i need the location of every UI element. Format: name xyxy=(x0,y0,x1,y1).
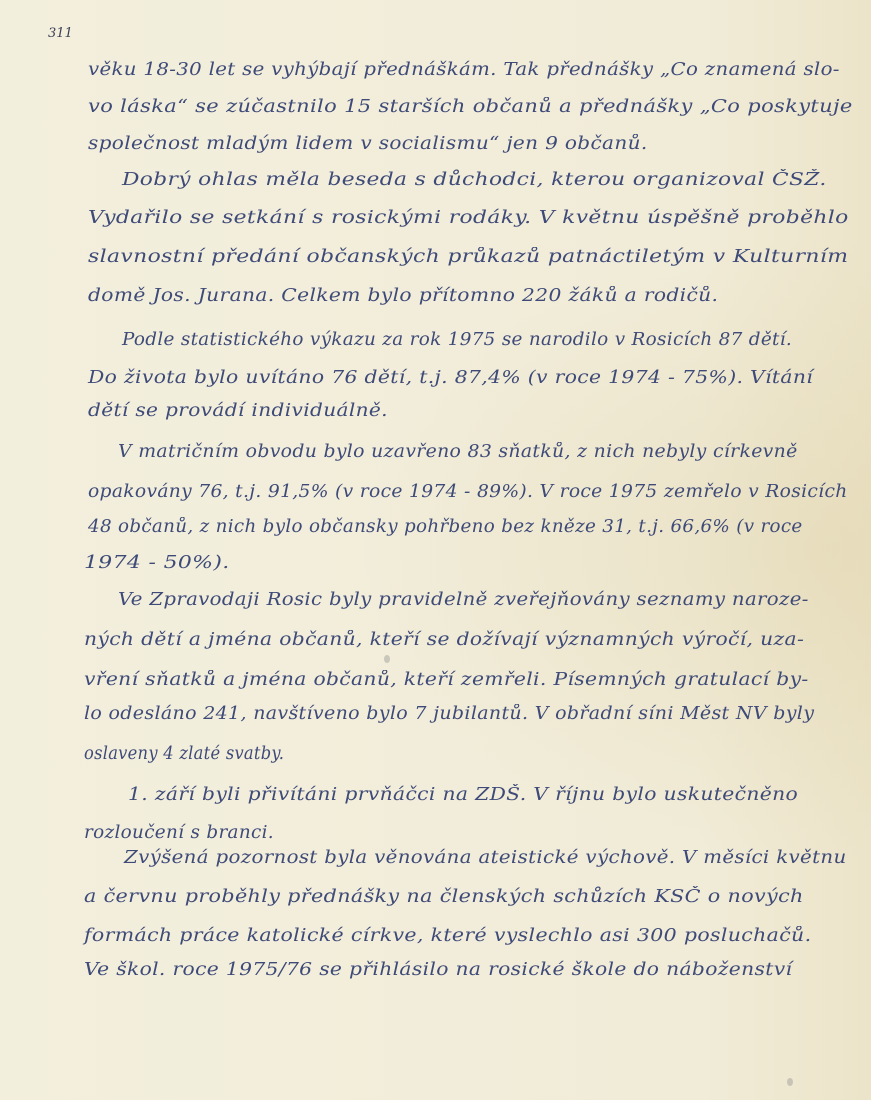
text-line: vo láska“ se zúčastnilo 15 starších obča… xyxy=(88,97,853,117)
text-line: rozloučení s branci. xyxy=(84,823,274,843)
text-line: věku 18-30 let se vyhýbají přednáškám. T… xyxy=(88,60,840,80)
text-line: V matričním obvodu bylo uzavřeno 83 sňat… xyxy=(118,442,798,462)
text-line: 48 občanů, z nich bylo občansky pohřbeno… xyxy=(88,517,803,537)
text-line: 1. září byli přivítáni prvňáčci na ZDŠ. … xyxy=(128,785,798,805)
text-line: opakovány 76, t.j. 91,5% (v roce 1974 - … xyxy=(88,482,848,502)
text-line: a červnu proběhly přednášky na členských… xyxy=(84,887,804,907)
text-line: Do života bylo uvítáno 76 dětí, t.j. 87,… xyxy=(88,368,813,388)
paper-spot xyxy=(787,1078,793,1086)
text-line: Vydařilo se setkání s rosickými rodáky. … xyxy=(88,208,849,228)
text-line: Ve Zpravodaji Rosic byly pravidelně zveř… xyxy=(118,590,809,610)
paper-spot xyxy=(384,655,390,663)
text-line: lo odesláno 241, navštíveno bylo 7 jubil… xyxy=(84,704,814,724)
text-line: Ve škol. roce 1975/76 se přihlásilo na r… xyxy=(84,960,792,980)
text-line: 1974 - 50%). xyxy=(84,553,230,573)
text-line: slavnostní předání občanských průkazů pa… xyxy=(88,247,848,267)
text-line: Zvýšená pozornost byla věnována ateistic… xyxy=(124,848,847,868)
text-line: vření sňatků a jména občanů, kteří zemře… xyxy=(84,670,809,690)
text-line: domě Jos. Jurana. Celkem bylo přítomno 2… xyxy=(88,286,718,306)
page-number: 311 xyxy=(48,26,73,41)
text-line: Podle statistického výkazu za rok 1975 s… xyxy=(122,330,792,350)
manuscript-page: 311 věku 18-30 let se vyhýbají přednášká… xyxy=(0,0,871,1100)
text-line: formách práce katolické církve, které vy… xyxy=(84,926,811,946)
text-line: ných dětí a jména občanů, kteří se dožív… xyxy=(84,630,804,650)
text-line: oslaveny 4 zlaté svatby. xyxy=(84,744,284,764)
text-line: společnost mladým lidem v socialismu“ je… xyxy=(88,134,648,154)
text-line: Dobrý ohlas měla beseda s důchodci, kter… xyxy=(122,170,827,190)
text-line: dětí se provádí individuálně. xyxy=(88,401,388,421)
